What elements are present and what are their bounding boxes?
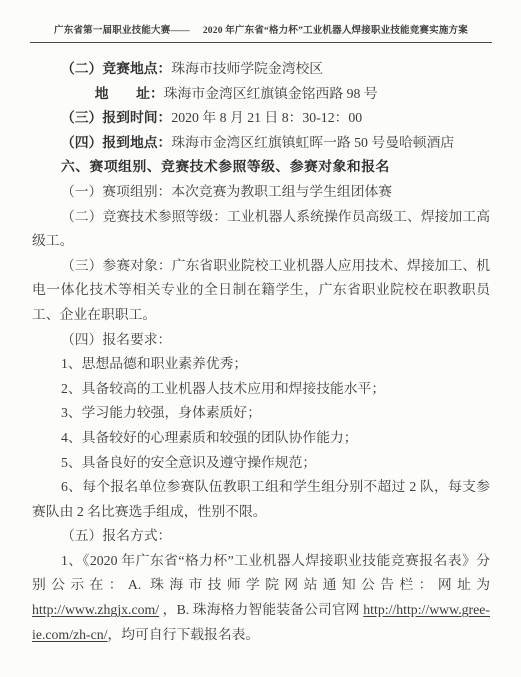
checkin-place-line: （四）报到地点：珠海市金湾区红旗镇虹晖一路 50 号曼哈顿酒店 xyxy=(32,131,490,156)
registration-text-pre: 1、《2020 年广东省“格力杯”工业机器人焊接职业技能竞赛报名表》分别公示在：… xyxy=(32,553,490,593)
groups-line: （一）赛项组别：本次竞赛为教职工组与学生组团体赛 xyxy=(32,180,490,205)
registration-text-post: ，均可自行下载报名表。 xyxy=(107,627,259,642)
registration-paragraph: 1、《2020 年广东省“格力杯”工业机器人焊接职业技能竞赛报名表》分别公示在：… xyxy=(32,549,490,647)
venue-text: 珠海市技师学院金湾校区 xyxy=(171,61,323,76)
participants-paragraph: （三）参赛对象：广东省职业院校工业机器人应用技术、焊接加工、机电一体化技术等相关… xyxy=(32,254,490,328)
requirement-item: 2、具备较高的工业机器人技术应用和焊接技能水平； xyxy=(32,377,490,402)
checkin-place-text: 珠海市金湾区红旗镇虹晖一路 50 号曼哈顿酒店 xyxy=(171,135,454,150)
checkin-time-label: （三）报到时间： xyxy=(61,110,171,125)
requirements-label-line: （四）报名要求： xyxy=(32,328,490,353)
registration-label-line: （五）报名方式： xyxy=(32,524,490,549)
checkin-time-text: 2020 年 8 月 21 日 8：30-12：00 xyxy=(171,110,362,125)
registration-text-mid: ，B. 珠海格力智能装备公司官网 xyxy=(159,602,363,617)
venue-label: （二）竞赛地点： xyxy=(61,61,171,76)
checkin-place-label: （四）报到地点： xyxy=(61,135,171,150)
section-six-heading: 六、赛项组别、竞赛技术参照等级、参赛对象和报名 xyxy=(32,155,490,180)
requirement-item: 4、具备较好的心理素质和较强的团队协作能力； xyxy=(32,426,490,451)
zhgjx-website-link[interactable]: http://www.zhgjx.com/ xyxy=(32,602,159,617)
address-text: 珠海市金湾区红旗镇金铭西路 98 号 xyxy=(164,86,378,101)
page-header: 广东省第一届职业技能大赛—— 2020 年广东省“格力杯”工业机器人焊接职业技能… xyxy=(30,22,492,43)
address-label: 地 址： xyxy=(95,86,164,101)
address-line: 地 址：珠海市金湾区红旗镇金铭西路 98 号 xyxy=(32,82,490,107)
requirement-item: 3、学习能力较强，身体素质好； xyxy=(32,401,490,426)
header-document-title: 2020 年广东省“格力杯”工业机器人焊接职业技能竞赛实施方案 xyxy=(203,22,468,36)
document-body: （二）竞赛地点：珠海市技师学院金湾校区 地 址：珠海市金湾区红旗镇金铭西路 98… xyxy=(32,57,490,647)
checkin-time-line: （三）报到时间：2020 年 8 月 21 日 8：30-12：00 xyxy=(32,106,490,131)
requirement-item: 6、每个报名单位参赛队伍教职工组和学生组分别不超过 2 队，每支参赛队由 2 名… xyxy=(32,475,490,524)
document-page: 广东省第一届职业技能大赛—— 2020 年广东省“格力杯”工业机器人焊接职业技能… xyxy=(0,0,521,677)
reference-level-paragraph: （二）竞赛技术参照等级：工业机器人系统操作员高级工、焊接加工高级工。 xyxy=(32,205,490,254)
venue-line: （二）竞赛地点：珠海市技师学院金湾校区 xyxy=(32,57,490,82)
requirement-item: 1、思想品德和职业素养优秀； xyxy=(32,352,490,377)
requirement-item: 5、具备良好的安全意识及遵守操作规范； xyxy=(32,451,490,476)
header-event-title: 广东省第一届职业技能大赛—— xyxy=(54,22,190,36)
